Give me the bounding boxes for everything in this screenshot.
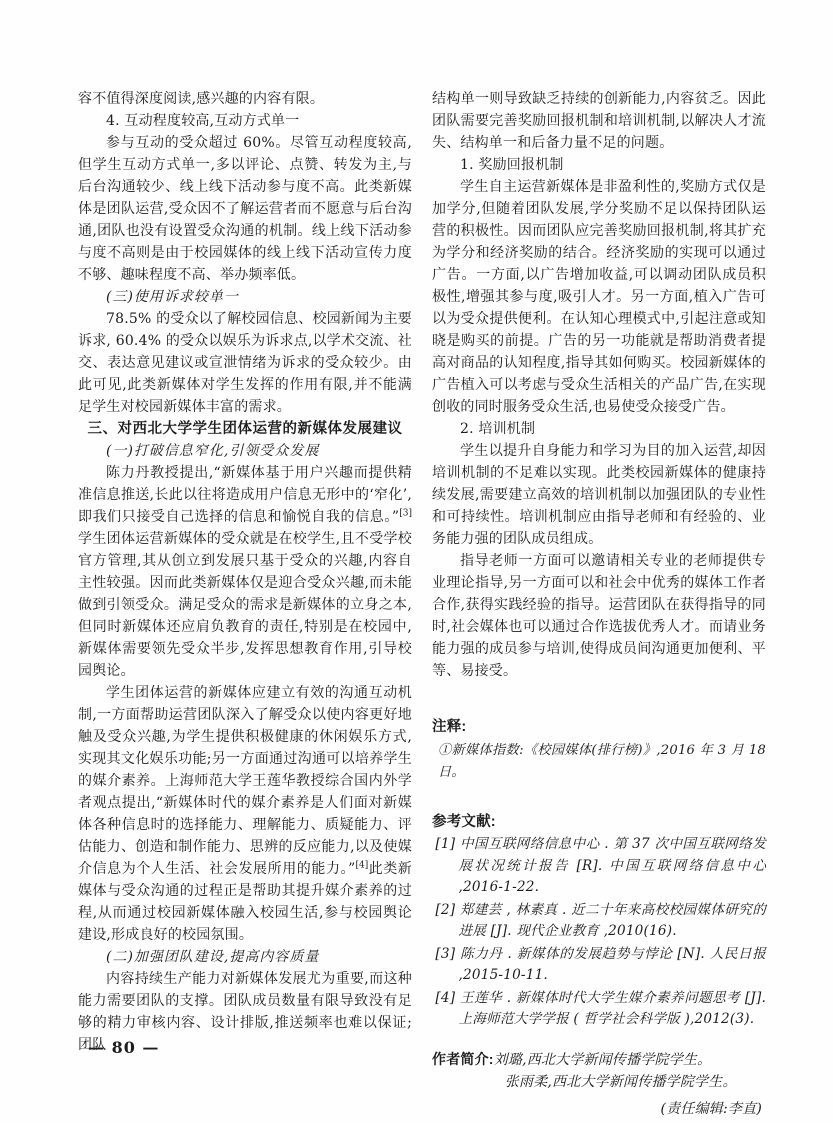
reference-entry: [3] 陈力丹 . 新媒体的发展趋势与悖论 [N]. 人民日报 ,2015-10… xyxy=(432,944,766,987)
heading-kaiti-heading: (一)打破信息窄化,引领受众发展 xyxy=(78,440,412,462)
heading-num-heading: 2. 培训机制 xyxy=(432,418,766,440)
paragraph: 学生自主运营新媒体是非盈利性的,奖励方式仅是加学分,但随着团队发展,学分奖励不足… xyxy=(432,176,766,418)
citation-superscript: [3] xyxy=(399,508,412,518)
heading-num-heading: 1. 奖励回报机制 xyxy=(432,154,766,176)
two-column-layout: 容不值得深度阅读,感兴趣的内容有限。4. 互动程度较高,互动方式单一参与互动的受… xyxy=(0,0,833,1120)
paragraph: 参与互动的受众超过 60%。尽管互动程度较高,但学生互动方式单一,多以评论、点赞… xyxy=(78,132,412,286)
author-bio-label: 作者简介: xyxy=(432,1051,494,1067)
reference-entry: [4] 王莲华 . 新媒体时代大学生媒介素养问题思考 [J]. 上海师范大学学报… xyxy=(432,988,766,1031)
reference-entry: [1] 中国互联网络信息中心 . 第 37 次中国互联网络发展状况统计报告 [R… xyxy=(432,834,766,899)
left-column: 容不值得深度阅读,感兴趣的内容有限。4. 互动程度较高,互动方式单一参与互动的受… xyxy=(78,88,412,1120)
footnote-entry: ①新媒体指数:《校园媒体(排行榜)》,2016 年 3 月 18 日。 xyxy=(432,740,766,784)
paragraph: 学生团体运营的新媒体应建立有效的沟通互动机制,一方面帮助运营团队深入了解受众以使… xyxy=(78,682,412,946)
paragraph: 学生以提升自身能力和学习为目的加入运营,却因培训机制的不足难以实现。此类校园新媒… xyxy=(432,440,766,550)
editor-credit: (责任编辑:李直) xyxy=(432,1098,766,1120)
paragraph: 作者简介:刘璐,西北大学新闻传播学院学生。 xyxy=(432,1048,766,1071)
heading-section-heading: 三、对西北大学学生团体运营的新媒体发展建议 xyxy=(78,418,412,440)
heading-notes-heading: 注释: xyxy=(432,716,766,738)
paragraph: 结构单一则导致缺乏持续的创新能力,内容贫乏。因此团队需要完善奖励回报机制和培训机… xyxy=(432,88,766,154)
heading-num-heading: 4. 互动程度较高,互动方式单一 xyxy=(78,110,412,132)
reference-entry: [2] 郑建芸 , 林素真 . 近二十年来高校校园媒体研究的进展 [J]. 现代… xyxy=(432,900,766,943)
paragraph: 指导老师一方面可以邀请相关专业的老师提供专业理论指导,另一方面可以和社会中优秀的… xyxy=(432,550,766,682)
heading-kaiti-heading: (三)使用诉求较单一 xyxy=(78,286,412,308)
citation-superscript: [4] xyxy=(355,860,368,870)
paragraph: 78.5% 的受众以了解校园信息、校园新闻为主要诉求, 60.4% 的受众以娱乐… xyxy=(78,308,412,418)
heading-refs-heading: 参考文献: xyxy=(432,811,766,833)
heading-kaiti-heading: (二)加强团队建设,提高内容质量 xyxy=(78,946,412,968)
right-column: 结构单一则导致缺乏持续的创新能力,内容贫乏。因此团队需要完善奖励回报机制和培训机… xyxy=(432,88,766,1120)
paper-page: 容不值得深度阅读,感兴趣的内容有限。4. 互动程度较高,互动方式单一参与互动的受… xyxy=(0,0,833,1123)
paragraph: 容不值得深度阅读,感兴趣的内容有限。 xyxy=(78,88,412,110)
paragraph: 张雨柔,西北大学新闻传播学院学生。 xyxy=(432,1071,766,1093)
page-number: — 80 — xyxy=(88,1038,159,1057)
paragraph: 陈力丹教授提出,“新媒体基于用户兴趣而提供精准信息推送,长此以往将造成用户信息无… xyxy=(78,462,412,682)
